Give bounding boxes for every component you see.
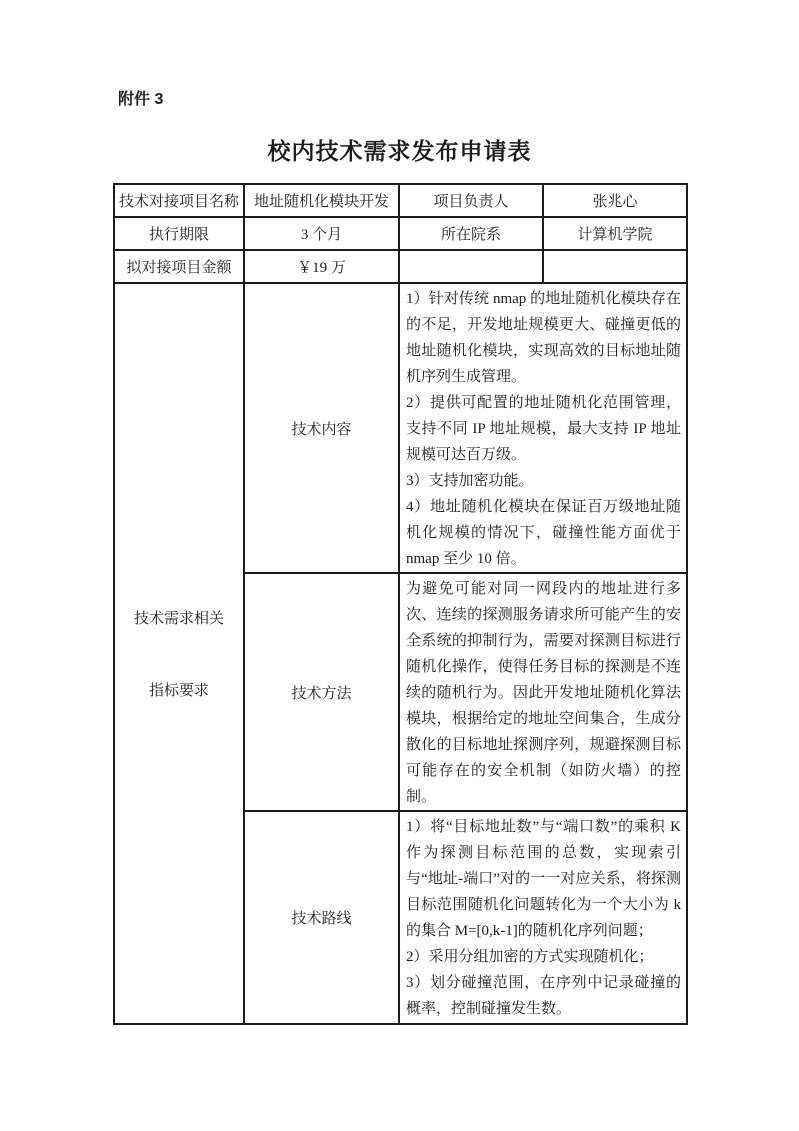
field-empty-cell-2: [543, 250, 687, 283]
field-value-project-leader: 张兆心: [543, 184, 687, 217]
field-label-project-name: 技术对接项目名称: [114, 184, 244, 217]
field-value-duration: 3 个月: [244, 217, 399, 250]
field-label-amount: 拟对接项目金额: [114, 250, 244, 283]
tech-method-cell: 为避免可能对同一网段内的地址进行多次、连续的探测服务请求所可能产生的安全系统的抑…: [399, 573, 687, 811]
field-value-department: 计算机学院: [543, 217, 687, 250]
field-value-project-name: 地址随机化模块开发: [244, 184, 399, 217]
table-row-duration: 执行期限 3 个月 所在院系 计算机学院: [114, 217, 687, 250]
table-row-amount: 拟对接项目金额 ￥19 万: [114, 250, 687, 283]
tech-content-paragraph-3: 3）支持加密功能。: [406, 468, 681, 494]
table-row-tech-content: 技术需求相关 指标要求 技术内容 1）针对传统 nmap 的地址随机化模块存在的…: [114, 283, 687, 573]
tech-method-paragraph-1: 为避免可能对同一网段内的地址进行多次、连续的探测服务请求所可能产生的安全系统的抑…: [406, 576, 681, 810]
tech-content-cell: 1）针对传统 nmap 的地址随机化模块存在的不足，开发地址规模更大、碰撞更低的…: [399, 283, 687, 573]
tech-route-cell: 1）将“目标地址数”与“端口数”的乘积 K 作为探测目标范围的总数，实现索引与“…: [399, 811, 687, 1024]
tech-route-paragraph-1: 1）将“目标地址数”与“端口数”的乘积 K 作为探测目标范围的总数，实现索引与“…: [406, 814, 681, 944]
field-value-amount: ￥19 万: [244, 250, 399, 283]
field-label-department: 所在院系: [399, 217, 543, 250]
section-label-cell: 技术需求相关 指标要求: [114, 283, 244, 1024]
tech-content-paragraph-1: 1）针对传统 nmap 的地址随机化模块存在的不足，开发地址规模更大、碰撞更低的…: [406, 286, 681, 390]
application-table: 技术对接项目名称 地址随机化模块开发 项目负责人 张兆心 执行期限 3 个月 所…: [113, 183, 688, 1025]
tech-route-paragraph-3: 3）划分碰撞范围，在序列中记录碰撞的概率，控制碰撞发生数。: [406, 970, 681, 1022]
field-label-duration: 执行期限: [114, 217, 244, 250]
table-row-project-name: 技术对接项目名称 地址随机化模块开发 项目负责人 张兆心: [114, 184, 687, 217]
section-label: 技术需求相关 指标要求: [115, 607, 243, 700]
page-title: 校内技术需求发布申请表: [0, 133, 799, 166]
section-label-line1: 技术需求相关: [134, 607, 224, 628]
field-label-project-leader: 项目负责人: [399, 184, 543, 217]
attachment-label: 附件 3: [118, 86, 163, 109]
field-empty-cell-1: [399, 250, 543, 283]
tech-content-paragraph-2: 2）提供可配置的地址随机化范围管理，支持不同 IP 地址规模，最大支持 IP 地…: [406, 390, 681, 468]
row-label-tech-route: 技术路线: [244, 811, 399, 1024]
tech-content-paragraph-4: 4）地址随机化模块在保证百万级地址随机化规模的情况下，碰撞性能方面优于 nmap…: [406, 494, 681, 572]
row-label-tech-method: 技术方法: [244, 573, 399, 811]
section-label-line2: 指标要求: [149, 679, 209, 700]
row-label-tech-content: 技术内容: [244, 283, 399, 573]
tech-route-paragraph-2: 2）采用分组加密的方式实现随机化；: [406, 944, 681, 970]
